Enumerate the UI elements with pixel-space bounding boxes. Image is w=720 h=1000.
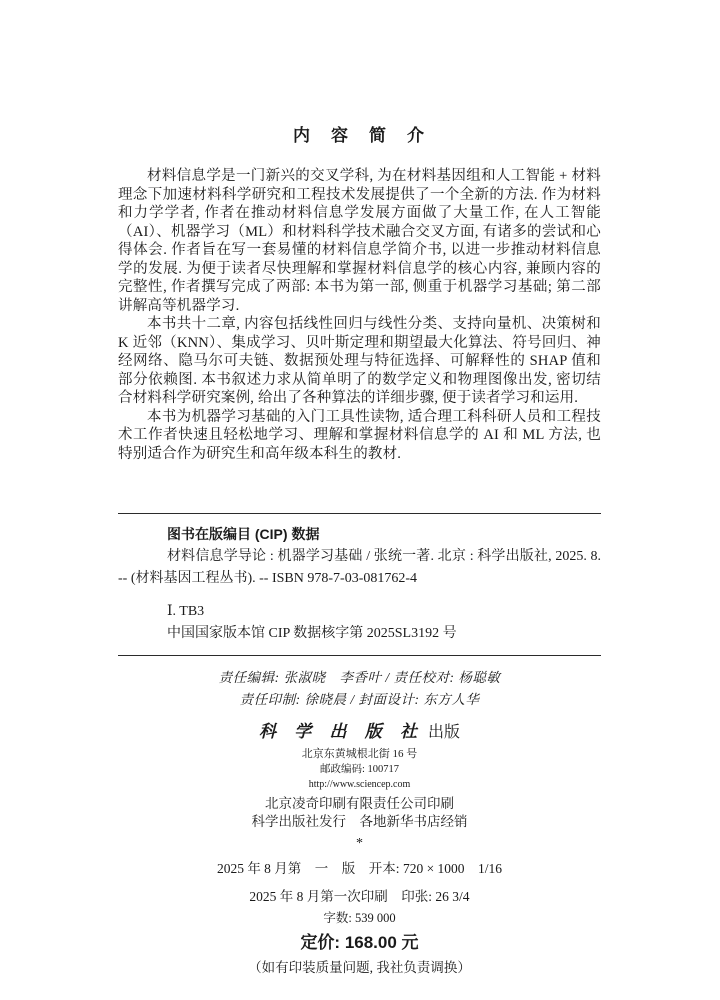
edition-info: 2025 年 8 月第 一 版 开本: 720 × 1000 1/16: [118, 858, 601, 880]
asterisk-separator: *: [118, 836, 601, 852]
cip-entry: 材料信息学导论 : 机器学习基础 / 张统一著. 北京 : 科学出版社, 202…: [118, 546, 601, 590]
publisher-logo: 科 学 出 版 社: [259, 722, 424, 741]
publisher-postcode: 邮政编码: 100717: [118, 763, 601, 777]
publisher-suffix: 出版: [424, 724, 460, 741]
cip-content: 图书在版编目 (CIP) 数据 材料信息学导论 : 机器学习基础 / 张统一著.…: [118, 514, 601, 655]
publisher-address: 北京东黄城根北街 16 号: [118, 747, 601, 762]
printer-name: 北京凌奇印刷有限责任公司印刷: [118, 795, 601, 812]
staff-credits: 责任编辑: 张淑晓 李香叶 / 责任校对: 杨聪敏 责任印制: 徐晓晨 / 封面…: [118, 667, 601, 711]
cip-block: 图书在版编目 (CIP) 数据 材料信息学导论 : 机器学习基础 / 张统一著.…: [118, 513, 601, 656]
cip-heading: 图书在版编目 (CIP) 数据: [118, 522, 601, 546]
publisher-line: 科 学 出 版 社 出版: [118, 721, 601, 744]
credits-editors: 责任编辑: 张淑晓 李香叶 / 责任校对: 杨聪敏: [118, 667, 601, 689]
imprint-block: 科 学 出 版 社 出版 北京东黄城根北街 16 号 邮政编码: 100717 …: [118, 721, 601, 979]
cip-classification: Ⅰ. TB3: [118, 601, 601, 623]
page-title: 内 容 简 介: [118, 0, 601, 146]
printing-info: 2025 年 8 月第一次印刷 印张: 26 3/4: [118, 886, 601, 908]
intro-paragraph-3: 本书为机器学习基础的入门工具性读物, 适合理工科科研人员和工程技术工作者快速且轻…: [118, 408, 601, 464]
word-count: 字数: 539 000: [118, 908, 601, 928]
distribution-line: 科学出版社发行 各地新华书店经销: [118, 813, 601, 831]
credits-print-design: 责任印制: 徐晓晨 / 封面设计: 东方人华: [118, 689, 601, 711]
intro-paragraph-2: 本书共十二章, 内容包括线性回归与线性分类、支持向量机、决策树和 K 近邻（KN…: [118, 315, 601, 408]
price: 定价: 168.00 元: [118, 931, 601, 955]
cip-divider-bottom: [118, 655, 601, 656]
book-copyright-page: 内 容 简 介 材料信息学是一门新兴的交叉学科, 为在材料基因组和人工智能 + …: [0, 0, 720, 1000]
publisher-website: http://www.sciencep.com: [118, 778, 601, 791]
quality-notice: （如有印装质量问题, 我社负责调换）: [118, 957, 601, 979]
cip-record-number: 中国国家版本馆 CIP 数据核字第 2025SL3192 号: [118, 623, 601, 645]
content-summary: 材料信息学是一门新兴的交叉学科, 为在材料基因组和人工智能 + 材料理念下加速材…: [118, 167, 601, 463]
intro-paragraph-1: 材料信息学是一门新兴的交叉学科, 为在材料基因组和人工智能 + 材料理念下加速材…: [118, 167, 601, 315]
